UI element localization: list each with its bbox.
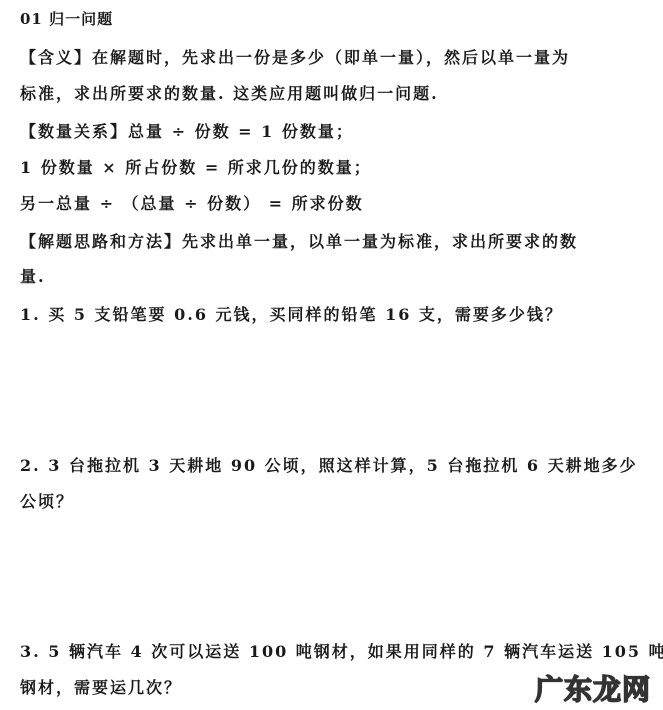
problem-3-line-2: 钢材，需要运几次？ xyxy=(20,678,182,698)
section-title: 01 归一问题 xyxy=(20,9,113,29)
problem-3-line-1: 3. 5 辆汽车 4 次可以运送 100 吨钢材，如果用同样的 7 辆汽车运送 … xyxy=(20,642,663,662)
relations-line-1: 【数量关系】总量 ÷ 份数 = 1 份数量； xyxy=(20,122,354,142)
problem-1: 1. 买 5 支铅笔要 0.6 元钱，买同样的铅笔 16 支，需要多少钱？ xyxy=(20,305,563,325)
method-line-1: 【解题思路和方法】先求出单一量，以单一量为标准，求出所要求的数 xyxy=(20,232,578,252)
relations-formula-3: 另一总量 ÷ （总量 ÷ 份数） = 所求份数 xyxy=(20,194,364,214)
relations-formula-1: 总量 ÷ 份数 = 1 份数量； xyxy=(128,122,354,141)
definition-label: 【含义】 xyxy=(20,48,92,67)
watermark-logo: 广东龙网 xyxy=(535,668,651,708)
definition-line-2: 标准，求出所要求的数量. 这类应用题叫做归一问题. xyxy=(20,84,439,104)
method-text-1: 先求出单一量，以单一量为标准，求出所要求的数 xyxy=(182,232,578,251)
problem-2-line-2: 公顷？ xyxy=(20,492,74,512)
definition-text-1: 在解题时，先求出一份是多少（即单一量），然后以单一量为 xyxy=(92,48,570,67)
problem-2-line-1: 2. 3 台拖拉机 3 天耕地 90 公顷，照这样计算，5 台拖拉机 6 天耕地… xyxy=(20,456,638,476)
relations-label: 【数量关系】 xyxy=(20,122,128,141)
definition-line-1: 【含义】在解题时，先求出一份是多少（即单一量），然后以单一量为 xyxy=(20,48,570,68)
method-line-2: 量. xyxy=(20,267,46,287)
relations-formula-2: 1 份数量 × 所占份数 = 所求几份的数量； xyxy=(20,158,372,178)
method-label: 【解题思路和方法】 xyxy=(20,232,182,251)
